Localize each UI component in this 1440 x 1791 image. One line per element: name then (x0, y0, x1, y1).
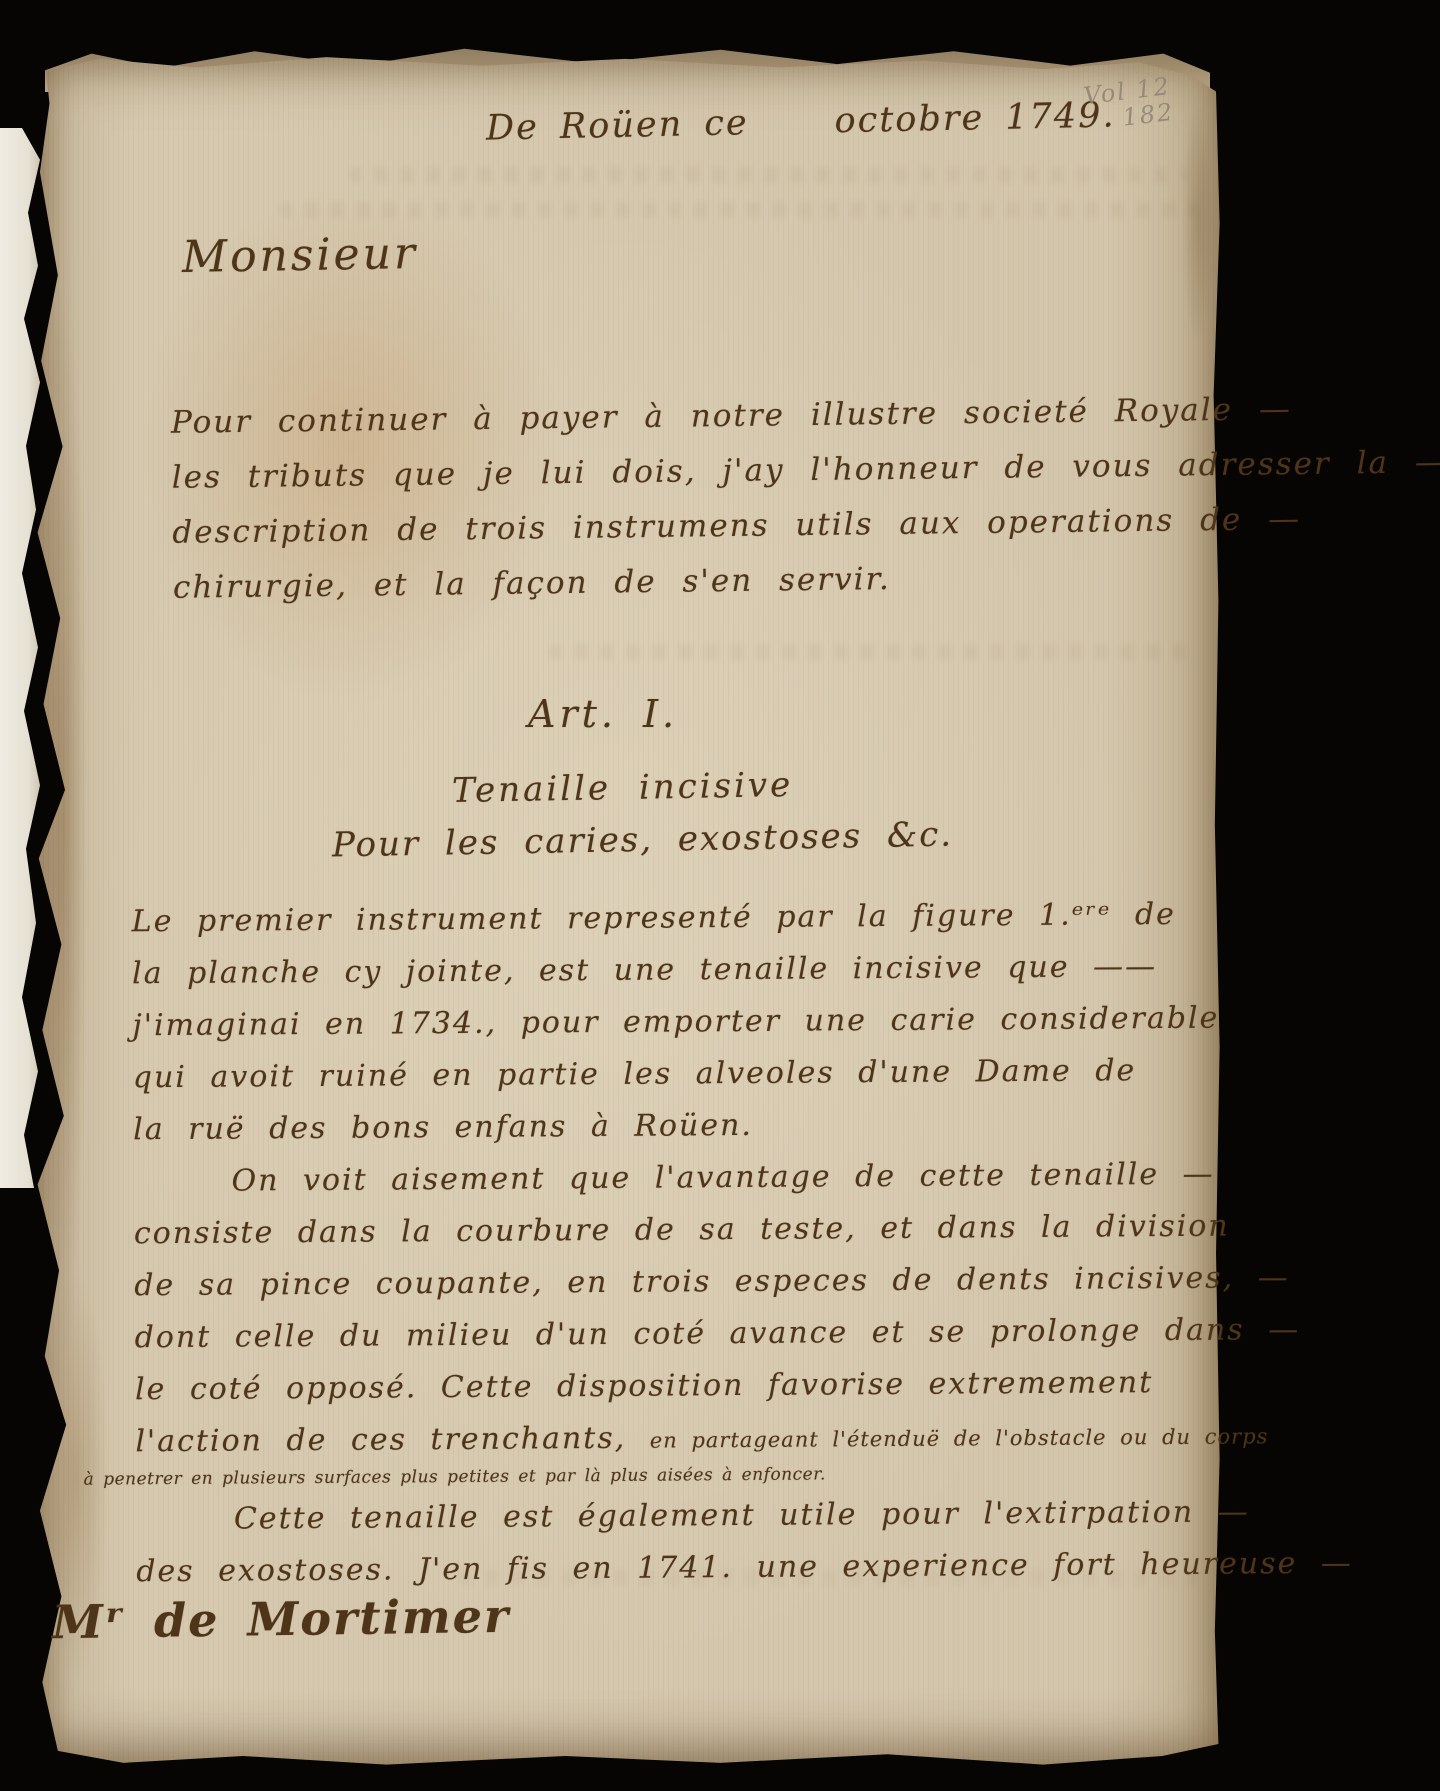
bleed-through-streak (278, 202, 1198, 218)
archival-annotation: Vol 12 182 (1082, 73, 1175, 135)
manuscript-line: consiste dans la courbure de sa teste, e… (134, 1200, 1351, 1260)
manuscript-line: Le premier instrument representé par la … (132, 888, 1349, 948)
manuscript-line: qui avoit ruiné en partie les alveoles d… (133, 1044, 1350, 1104)
article-heading: Art. I. (528, 692, 678, 736)
manuscript-line: le coté opposé. Cette disposition favori… (135, 1356, 1352, 1416)
manuscript-line: dont celle du milieu d'un coté avance et… (134, 1304, 1351, 1364)
dateline-place: De Roüen ce (486, 103, 749, 148)
salutation: Monsieur (182, 228, 419, 283)
manuscript-photo: De Roüen ce octobre 1749. Vol 12 182 Mon… (0, 0, 1440, 1791)
bleed-through-streak (348, 167, 1188, 183)
manuscript-line-main: l'action de ces trenchants, (135, 1421, 626, 1459)
manuscript-line: Cette tenaille est également utile pour … (136, 1486, 1353, 1546)
manuscript-line: de sa pince coupante, en trois especes d… (134, 1252, 1351, 1312)
manuscript-line: j'imaginai en 1734., pour emporter une c… (132, 992, 1349, 1052)
manuscript-line: la ruë des bons enfans à Roüen. (133, 1096, 1350, 1156)
section-title: Tenaille incisive (452, 765, 794, 811)
manuscript-line: la planche cy jointe, est une tenaille i… (132, 940, 1349, 1000)
manuscript-line-small-tail: en partageant l'étenduë de l'obstacle ou… (650, 1424, 1269, 1452)
dateline-date: octobre 1749. (834, 95, 1116, 141)
body-paragraph: Le premier instrument representé par la … (132, 888, 1353, 1598)
manuscript-line: On voit aisement que l'avantage de cette… (133, 1148, 1350, 1208)
manuscript-line: des exostoses. J'en fis en 1741. une exp… (136, 1538, 1353, 1598)
addressee-note: Mʳ de Mortimer (52, 1589, 511, 1649)
page-number-annotation: 182 (1121, 99, 1176, 131)
previous-page-edge (0, 128, 40, 1188)
opening-paragraph: Pour continuer à payer à notre illustre … (171, 380, 1440, 616)
bleed-through-streak (548, 644, 1188, 660)
